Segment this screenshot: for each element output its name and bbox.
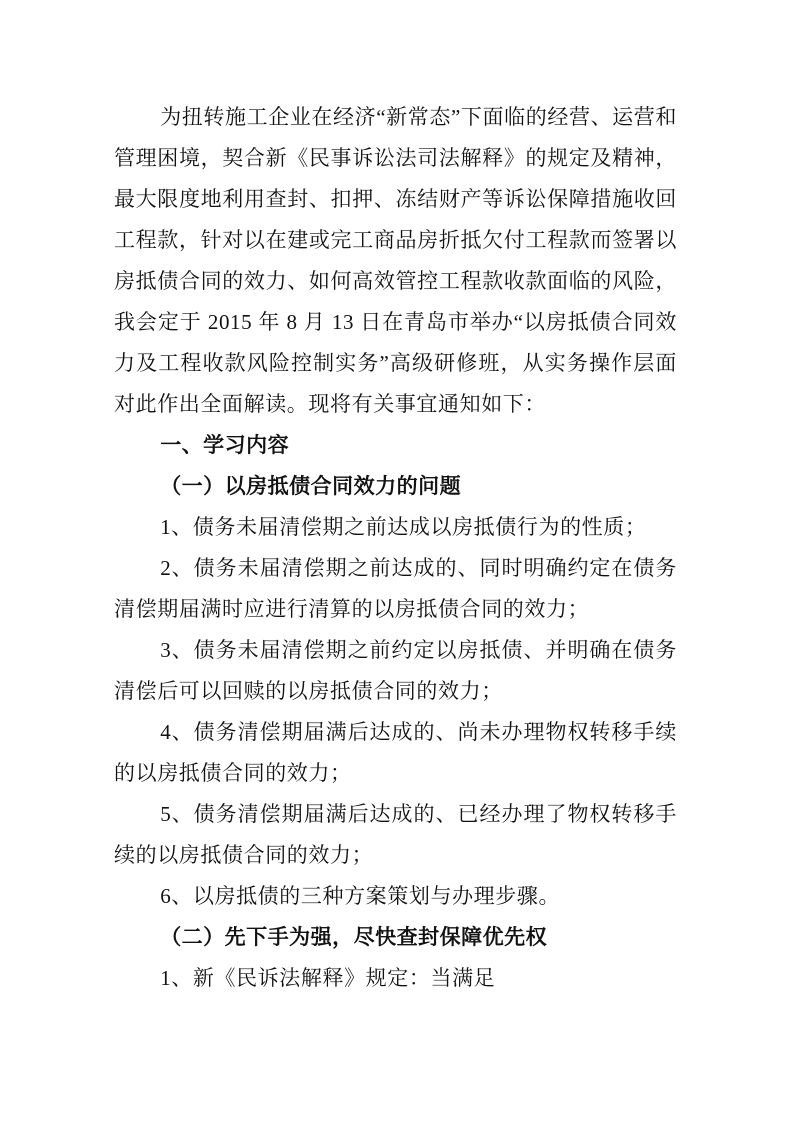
- paragraph: 3、债务未届清偿期之前约定以房抵债、并明确在债务清偿后可以回赎的以房抵债合同的效…: [114, 630, 677, 712]
- paragraph: 4、债务清偿期届满后达成的、尚未办理物权转移手续的以房抵债合同的效力；: [114, 712, 677, 794]
- paragraph: 5、债务清偿期届满后达成的、已经办理了物权转移手续的以房抵债合同的效力；: [114, 794, 677, 876]
- paragraph: 1、债务未届清偿期之前达成以房抵债行为的性质；: [114, 507, 677, 548]
- paragraph: 2、债务未届清偿期之前达成的、同时明确约定在债务清偿期届满时应进行清算的以房抵债…: [114, 548, 677, 630]
- section-heading: （二）先下手为强，尽快查封保障优先权: [114, 917, 677, 958]
- section-heading: （一）以房抵债合同效力的问题: [114, 466, 677, 507]
- paragraph: 1、新《民诉法解释》规定：当满足: [114, 958, 677, 999]
- paragraph: 为扭转施工企业在经济“新常态”下面临的经营、运营和管理困境，契合新《民事诉讼法司…: [114, 97, 677, 425]
- section-heading: 一、学习内容: [114, 425, 677, 466]
- document-page: 为扭转施工企业在经济“新常态”下面临的经营、运营和管理困境，契合新《民事诉讼法司…: [0, 0, 794, 1123]
- paragraph: 6、以房抵债的三种方案策划与办理步骤。: [114, 876, 677, 917]
- document-content: 为扭转施工企业在经济“新常态”下面临的经营、运营和管理困境，契合新《民事诉讼法司…: [114, 97, 677, 999]
